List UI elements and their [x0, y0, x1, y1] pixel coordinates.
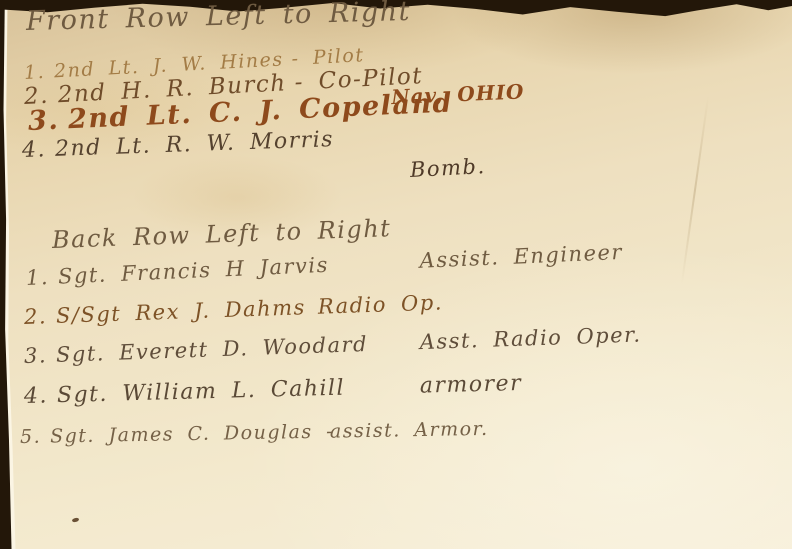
entry-number: 5. — [20, 426, 42, 448]
back-row-heading: Back Row Left to Right — [52, 214, 392, 254]
entry-number: 3. — [24, 343, 48, 368]
entry-number: 1. — [23, 61, 45, 84]
entry-name: Sgt. Everett D. Woodard — [56, 332, 369, 367]
entry-name: S/Sgt Rex J. Dahms — [56, 295, 307, 328]
entry-role: Assist. Engineer — [419, 240, 623, 273]
front-row-entry-4-role: Bomb. — [409, 154, 486, 182]
front-row-heading: Front Row Left to Right — [26, 0, 412, 37]
entry-number: 1. — [25, 265, 49, 290]
entry-role: Asst. Radio Oper. — [419, 322, 641, 354]
entry-role: Nav, OHIO — [391, 79, 525, 109]
scanned-handwritten-page: Front Row Left to Right 1.2nd Lt. J. W. … — [0, 0, 792, 549]
entry-role: Radio Op. — [317, 290, 443, 318]
back-row-entry-5: 5.Sgt. James C. Douglas -assist. Armor. — [20, 413, 770, 448]
back-row-entry-3: 3.Sgt. Everett D. WoodardAsst. Radio Ope… — [24, 318, 774, 368]
entry-number: 2. — [24, 304, 48, 329]
entry-role: assist. Armor. — [330, 418, 489, 443]
entry-name: Sgt. James C. Douglas - — [50, 421, 334, 448]
paper-speck — [72, 517, 80, 523]
entry-name: Sgt. Francis H Jarvis — [57, 253, 329, 289]
entry-number: 3. — [27, 105, 60, 137]
entry-number: 4. — [22, 137, 47, 163]
entry-name: Sgt. William L. Cahill — [57, 376, 346, 409]
entry-role: armorer — [420, 371, 523, 399]
entry-number: 4. — [24, 383, 49, 409]
back-row-entry-4: 4.Sgt. William L. Cahillarmorer — [24, 364, 774, 409]
